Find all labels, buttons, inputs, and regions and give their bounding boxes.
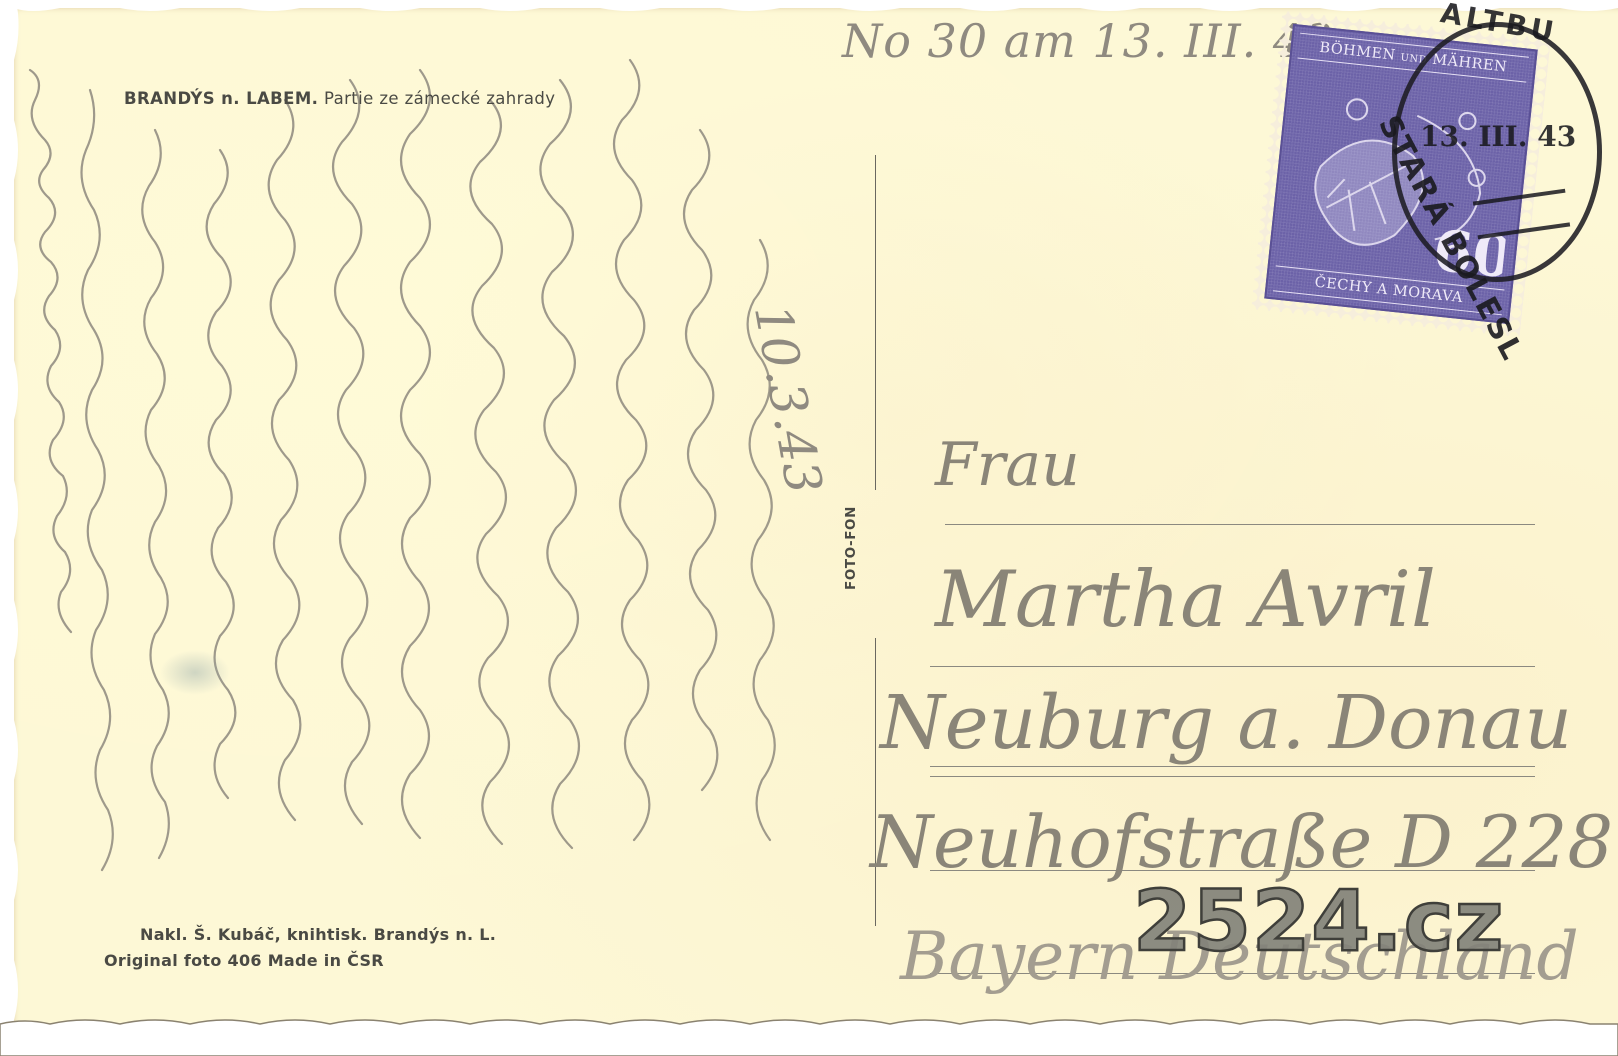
postcard-caption: BRANDÝS n. LABEM. Partie ze zámecké zahr… — [124, 89, 555, 108]
address-salutation: Frau — [935, 430, 1080, 500]
sender-note: No 30 am 13. III. 43 — [842, 14, 1333, 68]
address-line-3b — [930, 776, 1535, 777]
caption-town: BRANDÝS n. LABEM. — [124, 89, 318, 108]
water-stain — [160, 650, 230, 695]
divider-line-upper — [875, 155, 876, 490]
postmark-date: 13. III. 43 — [1420, 120, 1576, 153]
address-line-2 — [930, 666, 1535, 667]
address-name: Martha Avril — [935, 555, 1436, 645]
address-city: Neuburg a. Donau — [880, 680, 1572, 766]
photo-credit-line: Original foto 406 Made in ČSR — [104, 951, 384, 970]
caption-subtitle: Partie ze zámecké zahrady — [324, 89, 555, 108]
watermark: 2524.cz — [1133, 872, 1504, 970]
divider-label: FOTO-FON — [843, 506, 859, 590]
address-line-3 — [930, 766, 1535, 767]
address-line-1 — [945, 524, 1535, 525]
publisher-line: Nakl. Š. Kubáč, knihtisk. Brandýs n. L. — [140, 925, 496, 944]
